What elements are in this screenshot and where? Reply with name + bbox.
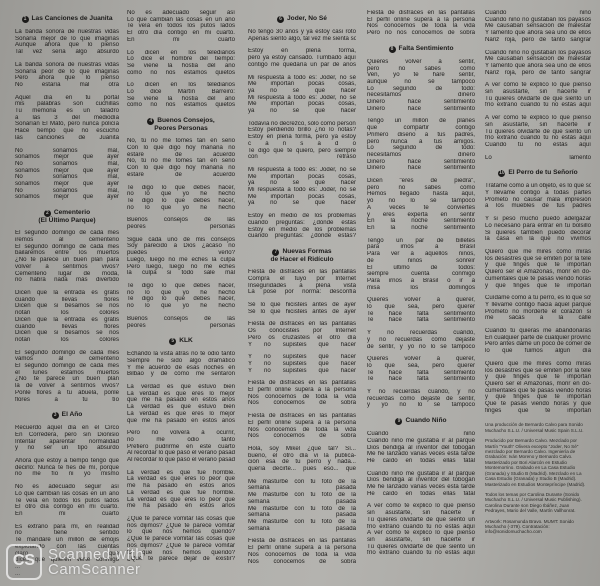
lyric-line: pero no sabes cómo — [367, 185, 475, 192]
lyric-line: que me ha pasado en estos años — [127, 397, 235, 404]
lyric-stanza: Tengo un millón de planesque compartir c… — [367, 118, 475, 172]
credits-paragraph: Una producción de Bernardo Calvo para So… — [485, 422, 591, 433]
song-title-text: KLK — [179, 337, 193, 344]
lyric-line: lo que nos hemos querido? — [127, 529, 235, 536]
lyric-line: sonamos mejor que ayer — [15, 154, 119, 161]
lyric-line: sin asustarte, sin hacerte ir — [367, 537, 475, 544]
lyric-line: frío extraño cuando tú no estás aquí — [485, 102, 591, 109]
lyric-stanza: Cuando niño me gustaba ir al parqueDios … — [367, 471, 475, 498]
lyric-line: ya no sé qué hacer — [248, 108, 356, 115]
lyric-line: El segundo domingo de cada mes — [15, 363, 119, 370]
lyric-line: Nariz roja, pero de tanto sangrar — [485, 37, 591, 44]
track-number-icon: 9 — [395, 418, 402, 425]
lyric-line: Se viene la hostia del año — [127, 96, 235, 103]
lyric-line: Dinero hace sentimiento — [367, 165, 475, 172]
lyric-line: Estoy en plena forma, — [248, 48, 356, 55]
lyric-line: Cuando niño me gustaba ir al parque — [367, 471, 475, 478]
lyric-line: Cuídame como a tu perro, es lo que soy — [485, 295, 591, 302]
lyric-line: No, tú no me tomes tan en serio — [127, 158, 235, 165]
song-subtitle: (El Último Parque) — [15, 217, 119, 224]
lyric-stanza: Echando la vista atrás no te odio tantoS… — [127, 351, 235, 378]
lyric-line: Te hace falta sentimiento — [367, 317, 475, 324]
credits-paragraph: Todos los temas por Carolina Durante (So… — [485, 492, 591, 514]
lyric-stanza: Aquel día en tu portalmis palabras son c… — [15, 95, 119, 142]
lyric-line: Lo que cambian las cosas en un año — [127, 17, 235, 24]
lyric-line: En Corredera, pero sin Dionisio — [15, 432, 119, 439]
lyric-line: no lo que yo he hecho — [127, 290, 235, 297]
lyric-line: A ver cómo te explico lo que pienso — [485, 115, 591, 122]
lyric-line: Dicen que si besamos se nos — [15, 330, 119, 337]
lyric-line: Dinero hace sentimiento — [367, 106, 475, 113]
lyric-line: cuando llevas flores — [15, 324, 119, 331]
lyric-line: Cementerio lugar de moda, — [15, 271, 119, 278]
lyric-line: Nos conocemos de sobra — [248, 400, 356, 407]
lyric-line: En cualquier parte de cualquier provinci… — [485, 335, 591, 342]
lyric-line: sonamos mejor que ayer — [15, 181, 119, 188]
lyric-line: Bilbao y de cómo me sentaron — [127, 371, 235, 378]
lyric-stanza: Fiesta de disfraces en las pantallasEl p… — [248, 538, 356, 565]
lyric-line: La banda sonora de nuestras vidas — [15, 62, 119, 69]
lyric-line: cuando preguntas: ¿dónde estás? — [248, 233, 356, 240]
lyric-line: No estaría mal otra — [15, 82, 119, 89]
lyric-line: ¿No te parece un buen plan para — [15, 257, 119, 264]
lyric-line: La verdad es que eres lo mejor — [127, 411, 235, 418]
lyric-line: Fiesta de disfraces en las pantallas — [248, 538, 356, 545]
lyric-line: Y llévame contigo hacia aquel parque — [485, 302, 591, 309]
lyric-line: Mi respuesta a todo es: Joder, no sé — [248, 95, 356, 102]
lyric-stanza: Te digo lo que debes hacer,no lo que yo … — [127, 185, 235, 212]
lyric-line: Pero os cruzasteis el otro día — [248, 335, 356, 342]
lyric-stanza: Lo lamento — [485, 155, 591, 162]
lyric-line: y eres experta en sentir — [367, 212, 475, 219]
column-5: Cuando niñoCuando niño no gustaban los p… — [485, 10, 591, 540]
lyric-line: Me masturbé con tu foto de la — [248, 506, 356, 513]
lyric-line: Y si peso mucho puedo adelgazar — [485, 216, 591, 223]
lyric-line: flores a tu tío — [15, 397, 119, 404]
lyric-line: no lo que yo he hecho — [127, 303, 235, 310]
lyric-line: a los muebles de tus padres — [485, 203, 591, 210]
lyric-line: cumentales que te pasas viendo horas — [485, 276, 591, 283]
lyric-line: Echando la vista atrás no te odio tanto — [127, 351, 235, 358]
lyric-line: Prefiero pudrirme en este cuarto — [127, 444, 235, 451]
lyric-line: Sé lo que hicisteis antes de ayer — [248, 309, 356, 316]
lyric-line: Cuando niño — [367, 431, 475, 438]
lyric-stanza: Dicen que la entrada es gratiscuando lle… — [15, 290, 119, 344]
lyric-line: No sonamos mal, — [15, 188, 119, 195]
lyric-line: semana pasada — [248, 485, 356, 492]
lyric-line: Luego, luego no me eches la culpa — [127, 257, 235, 264]
lyric-line: Recuerdo aquel día en el Circo — [15, 425, 119, 432]
lyric-stanza: El segundo domingo de cada mesiremos al … — [15, 230, 119, 284]
lyric-stanza: Tengo un par de billetespara irnos a Bra… — [367, 238, 475, 292]
lyric-line: ¿Qué te parece vomitar las cosas que — [127, 536, 235, 543]
lyric-line: He caído en todas ellas fatal — [367, 458, 475, 465]
lyric-line: iremos al cementerio — [15, 237, 119, 244]
lyric-line: sin asustarte, sin hacerte ir — [367, 510, 475, 517]
lyric-line: no lo que yo he hecho — [127, 191, 235, 198]
lyric-line: peores personas — [127, 224, 235, 231]
lyric-line: Quiero ser el Amazonas, morir en do- — [485, 269, 591, 276]
lyric-line: Me masturbé con tu foto de la — [248, 492, 356, 499]
lyric-line: Sonaría peor de lo que imaginas — [15, 69, 119, 76]
lyric-line: Trátame como a un objeto, es lo que soy — [485, 183, 591, 190]
lyric-line: La verdad es que estuvo bien — [127, 404, 235, 411]
lyric-line: Y no supisteis qué hacer — [248, 368, 356, 375]
lyric-line: En la noche sentimiento — [367, 218, 475, 225]
lyric-line: Con lo que digo hoy mañana no — [127, 165, 235, 172]
column-3: 6Joder, No SéNo tengo 30 años y ya estoy… — [248, 10, 356, 571]
song-title-text: Cuando Niño — [405, 417, 446, 424]
lyric-line: Soy parecido a Dios ¿acaso no — [127, 243, 235, 250]
lyric-line: Fiesta de disfraces en las pantallas — [248, 321, 356, 328]
lyric-line: A ver cómo te explico lo que pienso — [485, 82, 591, 89]
lyric-line: Intentar aparentar normalidad — [15, 439, 119, 446]
track-number-icon: 8 — [389, 46, 396, 53]
lyric-line: A ver cómo te explico lo que pienso — [367, 530, 475, 537]
lyric-stanza: No es adecuado seguir asíLo que cambian … — [127, 10, 235, 44]
lyric-line: Te veía en todos los putos lados — [127, 23, 235, 30]
lyric-line: sin asustarte, sin hacerte ir — [485, 122, 591, 129]
lyric-line: Te digo lo que debes hacer, — [127, 185, 235, 192]
lyric-line: sonamos mejor que ayer — [15, 194, 119, 201]
lyric-line: El segundo domingo de cada mes — [15, 230, 119, 237]
lyric-line: Siempre he sido algo dramático — [127, 358, 235, 365]
lyric-stanza: Recuerdo aquel día en el CircoEn Correde… — [15, 425, 119, 452]
watermark-line-2: CamScanner — [48, 562, 144, 577]
lyric-stanza: La verdad es que fue horrible.La verdad … — [127, 470, 235, 510]
lyric-line: Dios bendiga al inventor del tobogán — [367, 445, 475, 452]
lyric-line: Se viene la hostia del año — [127, 63, 235, 70]
lyric-line: frío extraño cuando tú no estás aquí — [367, 524, 475, 531]
lyric-stanza: Y no recuerdas cuándo,y no recuerdas cóm… — [367, 330, 475, 350]
lyric-line: estaré de acuerdo — [127, 172, 235, 179]
lyric-line: Lo necesario para entrar en tu bolsillo — [485, 223, 591, 230]
lyric-line: Nos conocemos de sobra — [248, 559, 356, 566]
lyric-line: La verdad es que eres lo peor que — [127, 476, 235, 483]
lyric-line: Dicen que la entrada es gratis — [15, 290, 119, 297]
song-title: 1Las Canciones de Juanita — [15, 15, 119, 23]
lyric-line: La verdad es que eres lo mejor — [127, 391, 235, 398]
lyric-line: Nos conocemos de toda la vida — [248, 394, 356, 401]
lyric-line: Me importan pocas cosas, — [248, 174, 356, 181]
lyric-line: con retraso — [248, 154, 356, 161]
lyric-line: Te hace falta sentimiento — [367, 376, 475, 383]
lyric-line: sonamos mejor que ayer — [15, 168, 119, 175]
song-title-text: Nuevas Formas — [282, 248, 331, 255]
lyric-stanza: Fiesta de disfraces en las pantallasOs c… — [248, 321, 356, 348]
lyric-line: pero ya estoy cansado. Tumbado aquí — [248, 55, 356, 62]
lyric-line: Prometo no causar mala impresión — [485, 197, 591, 204]
song-title: 3El Año — [15, 411, 119, 419]
lyric-stanza: Cuando niñoCuando niño no gustaban los p… — [485, 10, 591, 44]
lyric-stanza: Cuando niñoCuando niño me gustaba ir al … — [367, 431, 475, 465]
lyric-line: Buenos consejos de las — [127, 217, 235, 224]
lyric-line: Cuando niño no gustaban los payasos — [485, 50, 591, 57]
lyric-stanza: Buenos consejos de laspeores personas — [127, 217, 235, 230]
lyric-line: Cuando niño — [485, 10, 591, 17]
lyric-line: Me importan pocas cosas, — [248, 194, 356, 201]
lyric-line: Si quieres también puedo decorar — [485, 230, 591, 237]
song-subtitle: de Hacer el Ridículo — [248, 256, 356, 263]
lyric-line: cuando llevas flores — [15, 297, 119, 304]
lyric-line: No es adecuado seguir así — [127, 10, 235, 17]
song-title-text: Cementerio — [54, 209, 90, 216]
lyric-stanza: Cuídame como a tu perro, es lo que soyY … — [485, 295, 591, 322]
lyric-stanza: Hola, soy Mikel ¿qué tal? Sí...bueno, el… — [248, 446, 356, 473]
lyric-line: El otro día contigo en mi cuarto. — [15, 504, 119, 511]
lyric-line: Mi respuesta a todo es: Joder, no sé — [248, 167, 356, 174]
track-number-icon: 6 — [277, 16, 284, 23]
lyric-stanza: Ahora que estoy a tiempo tengo quedecirl… — [15, 458, 119, 478]
lyric-line: Pero luego, luego no me eches — [127, 264, 235, 271]
lyric-line: Hace tiempo que no escucho — [15, 128, 119, 135]
lyric-line: Tú quieres olvidarte de que siento un — [367, 517, 475, 524]
lyric-line: Y no supisteis qué hacer — [248, 354, 356, 361]
lyric-line: a las 3 del mediodía — [15, 115, 119, 122]
lyric-line: y no recuerdas cómo dejaste — [367, 337, 475, 344]
lyric-stanza: Te digo lo que debes hacer,no lo que yo … — [127, 283, 235, 310]
lyric-line: y que finges que te importan — [485, 394, 591, 401]
lyric-line: Te digo lo que debes hacer, — [127, 283, 235, 290]
lyric-line: Mi respuesta a todo es: Joder, no sé — [248, 187, 356, 194]
lyric-line: Me masturbé con tu foto de la — [248, 479, 356, 486]
song-title-text: Joder, No Sé — [287, 15, 327, 22]
lyric-line: Hola, soy Mikel ¿qué tal? Sí... — [248, 446, 356, 453]
lyric-line: Quieres volver a sentir, — [367, 59, 475, 66]
lyric-line: Y no supisteis qué hacer — [248, 361, 356, 368]
lyric-line: Te veía en todos los putos lados — [15, 498, 119, 505]
lyric-line: Lo que cambian las cosas en un año — [15, 491, 119, 498]
lyric-line: no lo que yo he hecho — [127, 205, 235, 212]
lyric-line: No tengo 30 años y ya estoy casi roto — [248, 29, 356, 36]
song-title: 8Falta Sentimiento — [367, 45, 475, 53]
lyric-line: Estoy en medio de los problemas — [248, 227, 356, 234]
song-title-text: El Año — [62, 411, 83, 418]
lyric-line: Aquel día en tu portal — [15, 95, 119, 102]
lyric-line: Me masturbé con tu foto de la — [248, 519, 356, 526]
lyric-line: me sacas a la calle — [485, 315, 591, 322]
album-credits: Una producción de Bernardo Calvo para So… — [485, 422, 591, 534]
lyric-line: semana pasada — [248, 499, 356, 506]
lyric-line: En mi cuarto — [15, 511, 119, 518]
lyric-line: lo que sea, pero querer — [367, 363, 475, 370]
lyric-line: El perfil online supera a la persona — [248, 420, 356, 427]
song-title: 6Joder, No Sé — [248, 15, 356, 23]
lyric-stanza: A ver cómo te explico lo que piensosin a… — [367, 503, 475, 557]
lyric-line: contigo me quedaría un par de años — [248, 62, 356, 69]
lyric-line: para irnos a Brasil — [367, 244, 475, 251]
lyric-stanza: Fiesta de disfraces en las pantallasComp… — [248, 269, 356, 296]
lyric-line: necesitamos dinero — [367, 92, 475, 99]
lyric-stanza: No tengo 30 años y ya estoy casi rotoApe… — [248, 29, 356, 42]
lyric-line: no me odio tanto — [127, 437, 235, 444]
lyric-line: no habrá nada más divertido — [15, 277, 119, 284]
lyric-line: Dicen que la entrada es gratis — [15, 317, 119, 324]
lyric-line: El perfil online supera a la persona — [248, 387, 356, 394]
lyric-line: ya no sé qué hacer — [248, 200, 356, 207]
lyric-line: Lo lamento — [485, 155, 591, 162]
lyric-line: quería decirte... pues eso... que — [248, 466, 356, 473]
track-number-icon: 4 — [147, 118, 154, 125]
lyric-line: Estoy en plena forma, pero ya estoy — [248, 134, 356, 141]
lyric-line: El segundo domingo de cada mes — [15, 244, 119, 251]
lyric-line: Lo dicen en los telediarios — [127, 50, 235, 57]
lyric-line: Todavía no decrezco, sólo como persona — [248, 121, 356, 128]
lyric-stanza: Fiesta de disfraces en las pantallasEl p… — [248, 413, 356, 440]
song-subtitle: Peores Personas — [127, 125, 235, 132]
lyric-stanza: La banda sonora de nuestras vidasSonaría… — [15, 29, 119, 56]
lyric-line: El segundo domingo de cada mes — [15, 350, 119, 357]
lyric-line: Te digo que te quiero, pero siempre — [248, 148, 356, 155]
lyric-line: Al recordar lo que pasó el verano pasado — [127, 457, 235, 464]
lyric-line: Te hace falta sentimiento — [367, 370, 475, 377]
lyric-line: La pose por norma: desconfía — [248, 289, 356, 296]
credits-paragraph: Producido por Bernardo Calvo. Mezclado p… — [485, 438, 591, 487]
lyric-line: que compartir contigo — [367, 125, 475, 132]
lyric-line: recuerdas cómo dejaste de sentir, — [367, 396, 475, 403]
lyric-line: Quiero que me mires como miras — [485, 249, 591, 256]
lyric-line: semana pasada — [248, 512, 356, 519]
lyric-line: y que finges que te importan — [485, 374, 591, 381]
lyric-line: volver a sentirnos vivos? — [15, 264, 119, 271]
lyric-line: frío extraño cuando tú no estás aquí — [485, 135, 591, 142]
lyric-line: estaré de acuerdo — [127, 152, 235, 159]
lyric-line: Estoy perdiendo brillo ¿no lo notas? — [248, 127, 356, 134]
lyric-line: Compra el tuyo por Internet — [248, 276, 356, 283]
lyric-line: Inseguridades a plena vista — [248, 283, 356, 290]
lyric-line: necesitamos dinero — [367, 152, 475, 159]
lyric-stanza: Mi respuesta a todo es: Joder, no séMe i… — [248, 167, 356, 207]
lyric-line: Aunque ahora que lo pienso — [15, 42, 119, 49]
lyric-line: Me importan pocas cosas, — [248, 81, 356, 88]
lyric-line: me ha pasado en estos años — [127, 503, 235, 510]
lyric-line: Pero ahora que lo pienso — [15, 75, 119, 82]
lyric-stanza: Me masturbé con tu foto de lasemana pasa… — [248, 479, 356, 533]
lyric-line: Pero no nos conocemos de sobra — [367, 30, 475, 37]
lyric-line: y no ser un tipo absurdo — [15, 445, 119, 452]
lyric-line: finges que te importan — [485, 408, 591, 415]
song-title-text: Las Canciones de Juanita — [32, 15, 113, 22]
lyric-line: Dinero hace sentimiento — [367, 159, 475, 166]
lyric-line: sin asustarte, sin hacerte ir — [485, 89, 591, 96]
lyric-line: Nos conocemos de sobra — [248, 433, 356, 440]
lyric-stanza: Fiesta de disfraces en las pantallasEl p… — [248, 380, 356, 407]
lyric-line: La verdad es que fue horrible. — [127, 470, 235, 477]
lyric-line: La banda sonora de nuestras vidas — [15, 29, 119, 36]
track-number-icon: 7 — [272, 249, 279, 256]
lyric-line: Me causaban sensación de malestar — [485, 23, 591, 30]
lyric-line: ya no sé qué hacer — [248, 88, 356, 95]
watermark-line-1: Scanned with — [48, 547, 144, 562]
lyric-line: En la noche sentimiento — [367, 225, 475, 232]
lyric-line: Sonaría mejor de lo que imaginas — [15, 36, 119, 43]
lyric-line: Fiesta de disfraces en las pantallas — [248, 413, 356, 420]
lyric-line: como no nos estamos quietos — [127, 102, 235, 109]
lyric-line: notan los colores — [15, 337, 119, 344]
lyric-line: En mi cuarto — [127, 37, 235, 44]
lyric-line: de niños sonreír — [367, 258, 475, 265]
lyric-line: Primero diseño a tus padres, — [367, 132, 475, 139]
lyric-line: No, tú no me tomes tan en serio — [127, 138, 235, 145]
lyric-line: me ha pasado en estos años — [127, 483, 235, 490]
lyric-line: Es extraño para mí, en realidad — [15, 524, 119, 531]
lyric-stanza: Cuando tú quieras me abandonarásEn cualq… — [485, 328, 591, 355]
lyric-line: Mi respuesta a todo es: Joder, no sé — [248, 75, 356, 82]
lyric-stanza: Dicen "eres de piedra",pero no sabes cóm… — [367, 178, 475, 232]
lyric-line: misa los domingos — [367, 285, 475, 292]
lyric-line: La verdad es que eres lo peor que — [127, 497, 235, 504]
lyric-line: puedes verlo? — [127, 250, 235, 257]
lyric-line: Lo dicen en los telediarios — [127, 82, 235, 89]
lyric-line: las canciones de Juanita — [15, 135, 119, 142]
lyric-line: cuando preguntas: ¿dónde estás — [248, 220, 356, 227]
lyric-line: Dinero hace sentimiento — [367, 99, 475, 106]
lyric-line: Dios bendiga al inventor del tobogán — [367, 477, 475, 484]
lyric-line: bueno, el otro día vi la publica- — [248, 453, 356, 460]
lyric-stanza: Sé lo que hicisteis antes de ayerSé lo q… — [248, 302, 356, 315]
lyric-line: Pero antes dame un poco de comer de — [485, 341, 591, 348]
lyric-line: y que finges que te importan — [485, 283, 591, 290]
lyric-line: Quieres volver a querer, — [367, 297, 475, 304]
lyric-line: y que finges que te importan — [485, 262, 591, 269]
column-2: No es adecuado seguir asíLo que cambian … — [127, 10, 235, 569]
lyric-line: lo que fuimos algún día — [485, 348, 591, 355]
song-title-text: Buenos Consejos, — [157, 117, 215, 124]
lyric-stanza: El segundo domingo de cada mesvamos al c… — [15, 350, 119, 404]
lyric-line: Ahora que estoy a tiempo tengo que — [15, 458, 119, 465]
lyric-stanza: A ver cómo te explico lo que piensosin a… — [485, 82, 591, 109]
lyric-line: Ponle flores a tu abuela, ponle — [15, 390, 119, 397]
lyric-line: Quieres volver a querer, — [367, 356, 475, 363]
song-title: 2Cementerio(El Último Parque) — [15, 209, 119, 224]
lyric-stanza: Quieres volver a sentir,pero no sabes có… — [367, 59, 475, 113]
column-4: Fiesta de disfraces en las pantallasEl p… — [367, 10, 475, 563]
lyric-line: El perfil online supera a la persona — [248, 545, 356, 552]
lyric-stanza: Estoy en plena forma,pero ya estoy cansa… — [248, 48, 356, 68]
lyric-line: Y lamento que ahora sea uno de ellos — [485, 63, 591, 70]
lyric-line: Os conocisteis por Internet — [248, 328, 356, 335]
lyric-line: no tiene sentido — [15, 530, 119, 537]
lyric-line: Te hace falta sentimiento — [367, 311, 475, 318]
lyric-line: nos dijimos? ¿Qué te parece vomitar — [127, 523, 235, 530]
lyric-stanza: No es adecuado seguir asíLo que cambian … — [15, 484, 119, 518]
song-title: 10El Perro de tu Señorío — [485, 169, 591, 177]
lyric-line: A ver cómo te explico lo que pienso — [367, 503, 475, 510]
lyric-line: no me fío ni yo mismo — [15, 471, 119, 478]
lyric-line: Para irnos a Brasil o ir a — [367, 278, 475, 285]
lyric-line: Y llévame contigo a todas partes — [485, 190, 591, 197]
song-title: 9Cuando Niño — [367, 417, 475, 425]
lyric-line: la casa en la que no vivimos — [485, 236, 591, 243]
lyric-line: Al recordar lo que pasó el verano pasado — [127, 450, 235, 457]
column-1: 1Las Canciones de JuanitaLa banda sonora… — [15, 10, 119, 583]
lyric-columns: 1Las Canciones de JuanitaLa banda sonora… — [0, 10, 600, 586]
lyric-line: Tengo un par de billetes — [367, 238, 475, 245]
lyric-stanza: Y si peso mucho puedo adelgazarLo necesa… — [485, 216, 591, 243]
lyric-line: No sonamos mal, — [15, 174, 119, 181]
lyric-stanza: Quiero que me mires como miraslos desast… — [485, 249, 591, 289]
lyric-stanza: Pero no volverá a ocurrir,no me odio tan… — [127, 430, 235, 464]
lyric-line: Y no recuerdas cuándo, y no — [367, 389, 475, 396]
lyric-line: Y lamento que ahora sea uno de ellos — [485, 30, 591, 37]
lyric-line: Y me acuerdo de esas noches en — [127, 365, 235, 372]
lyric-stanza: Lo dicen en los telediariosLo dice Martí… — [127, 82, 235, 109]
lyric-line: Nos conocemos de toda la vida — [367, 23, 475, 30]
lyric-line: c a n s a d o — [248, 141, 356, 148]
lyric-line: ción esa de tu perro y nada... — [248, 459, 356, 466]
lyric-line: La verdad es que fue horrible. — [127, 490, 235, 497]
lyric-line: la de volver a sentirnos vivos? — [15, 383, 119, 390]
